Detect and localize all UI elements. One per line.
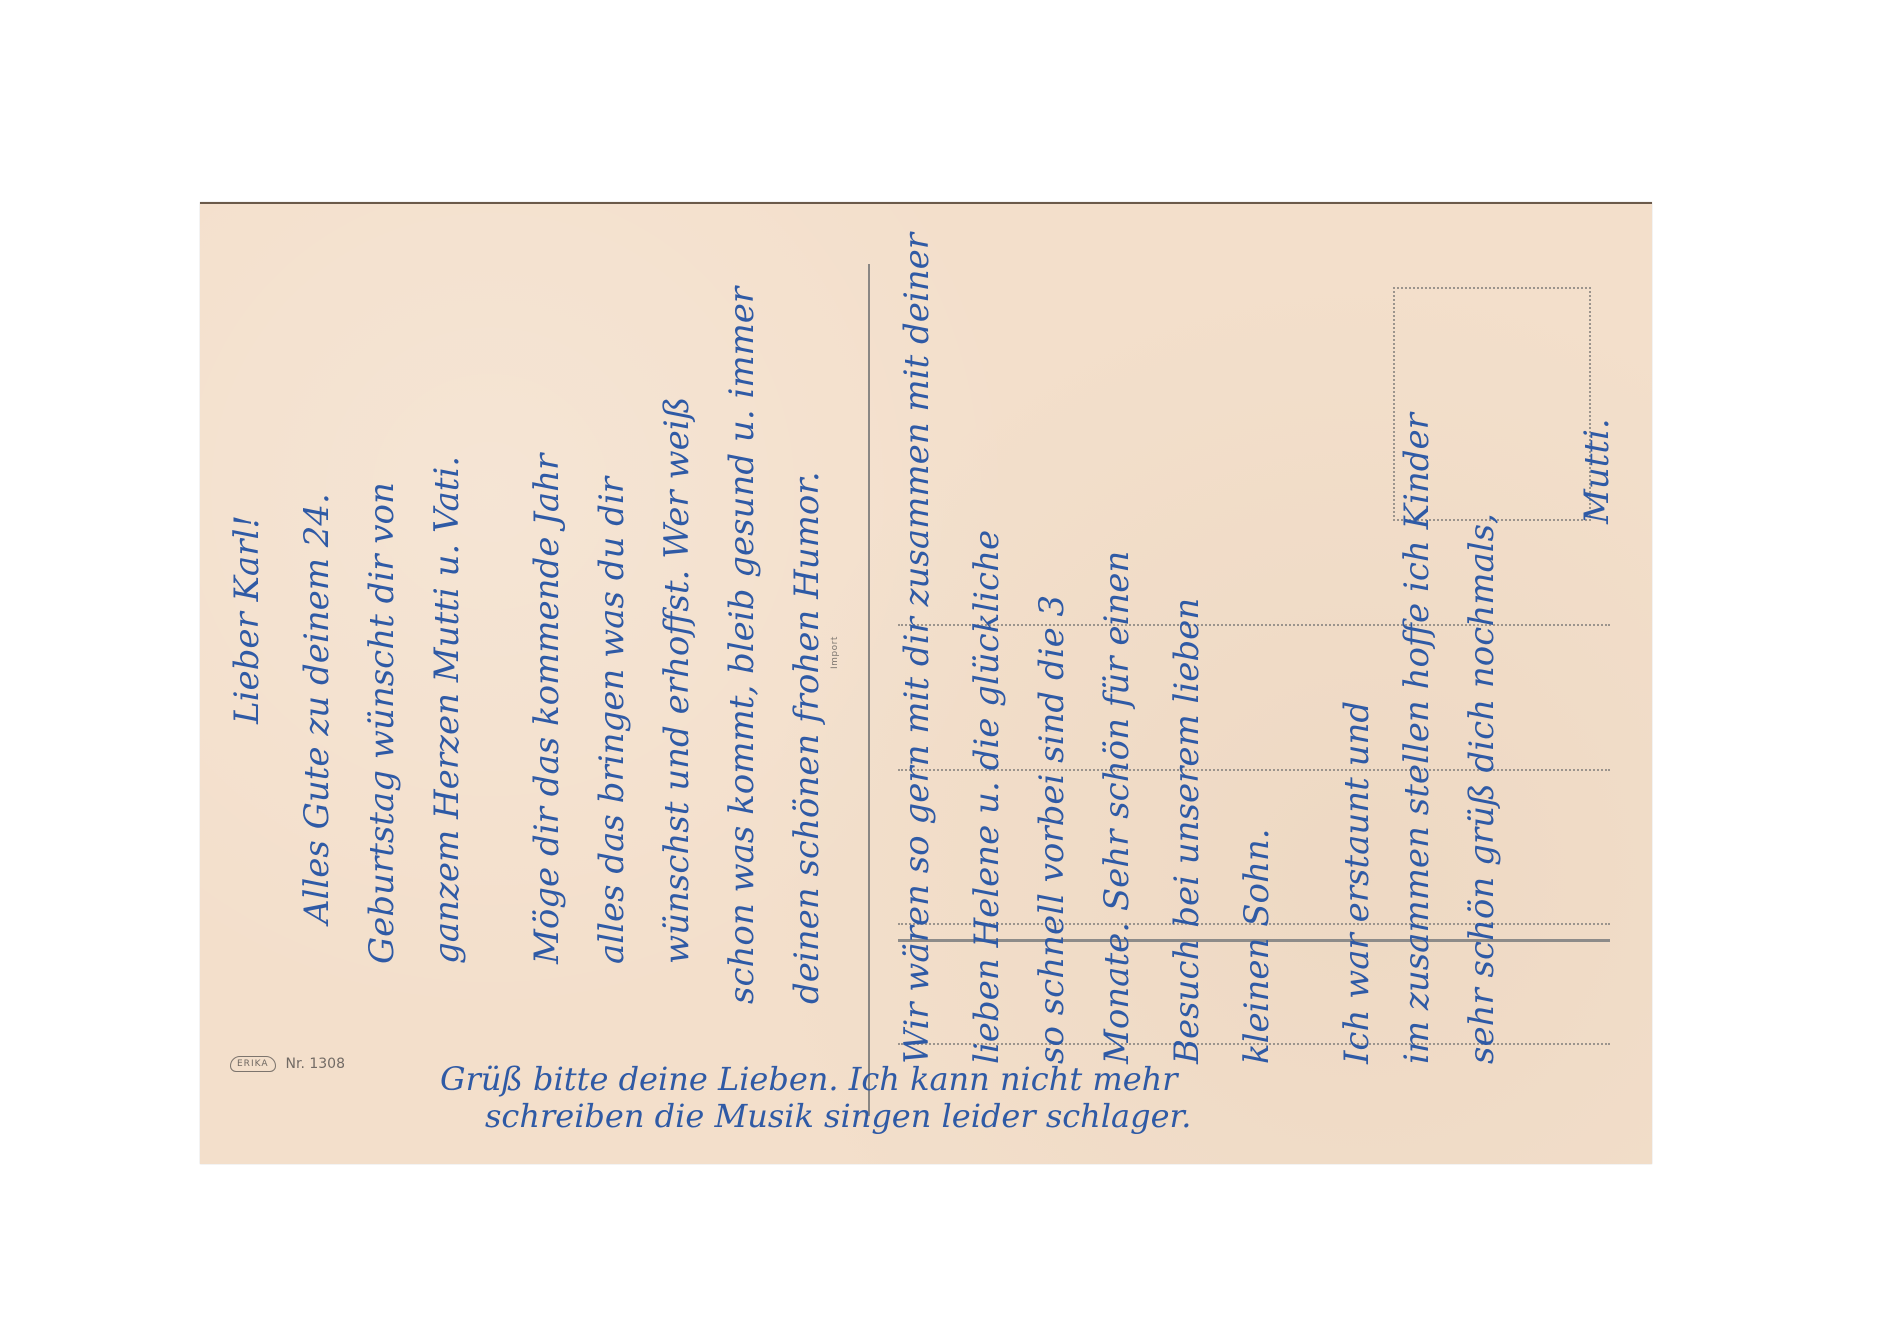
address-text-6: kleinen Sohn. [1240, 828, 1274, 1064]
address-text-1: Wir wären so gern mit dir zusammen mit d… [900, 233, 934, 1064]
center-divider [868, 264, 870, 1116]
address-text-5: Besuch bei unserem lieben [1170, 598, 1204, 1064]
message-line-9: deinen schönen frohen Humor. [790, 471, 824, 1004]
address-text-7: Ich war erstaunt und [1340, 701, 1374, 1064]
publisher-number: Nr. 1308 [286, 1056, 345, 1072]
address-text-8: im zusammen stellen hoffe ich Kinder [1400, 413, 1434, 1064]
address-text-4: Monate. Sehr schön für einen [1100, 551, 1134, 1064]
message-line-6: alles das bringen was du dir [595, 477, 629, 964]
message-line-7: wünschst und erhoffst. Wer weiß [660, 397, 694, 964]
address-text-2: lieben Helene u. die glückliche [970, 530, 1004, 1064]
address-text-3: so schnell vorbei sind die 3 [1035, 595, 1069, 1064]
message-line-8: schon was kommt, bleib gesund u. immer [725, 287, 759, 1004]
message-line-2: Alles Gute zu deinem 24. [300, 493, 334, 924]
message-line-1: Lieber Karl! [230, 515, 264, 724]
address-text-10: Mutti. [1580, 418, 1614, 524]
postcard-back: Lieber Karl! Alles Gute zu deinem 24. Ge… [200, 202, 1652, 1164]
message-line-3: Geburtstag wünscht dir von [365, 482, 399, 964]
import-label: Import [830, 636, 840, 669]
erika-logo-icon: ERIKA [230, 1056, 276, 1072]
address-text-9: sehr schön grüß dich nochmals, [1465, 513, 1499, 1064]
publisher-imprint: ERIKA Nr. 1308 [230, 1056, 345, 1072]
footer-line-1: Grüß bitte deine Lieben. Ich kann nicht … [440, 1062, 1178, 1096]
message-line-5: Möge dir das kommende Jahr [530, 454, 564, 964]
message-line-4: ganzem Herzen Mutti u. Vati. [430, 456, 464, 964]
footer-line-2: schreiben die Musik singen leider schlag… [485, 1099, 1191, 1133]
